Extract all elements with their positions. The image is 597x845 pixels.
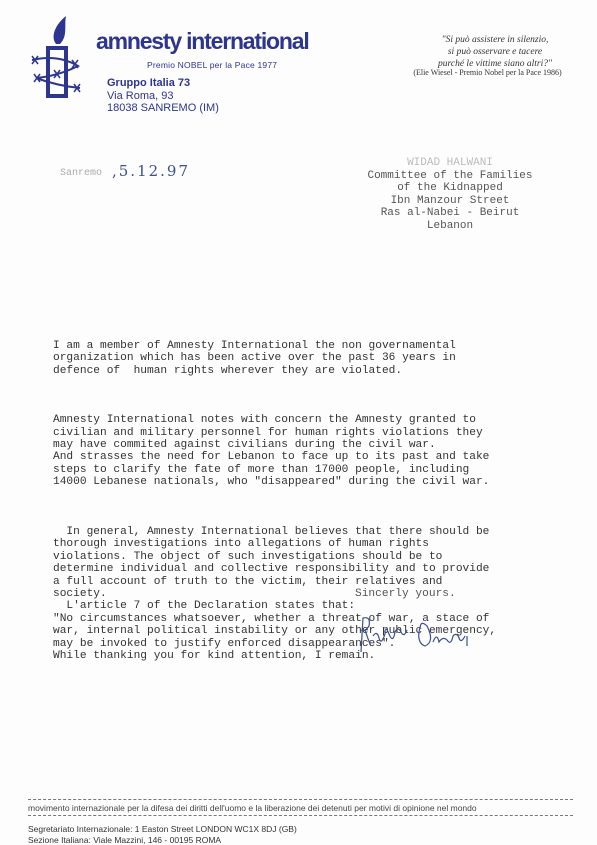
recipient-line: Lebanon: [340, 220, 560, 233]
sender-address-line: 18038 SANREMO (IM): [107, 102, 219, 115]
footer-address: Segretariato Internazionale: 1 Easton St…: [28, 824, 297, 845]
sender-address: Gruppo Italia 73 Via Roma, 93 18038 SANR…: [107, 77, 219, 115]
date-place: Sanremo: [60, 168, 102, 179]
nobel-tagline: Premio NOBEL per la Pace 1977: [147, 60, 277, 70]
quote-line: si può osservare e tacere: [400, 46, 590, 58]
recipient-address: WIDAD HALWANI Committee of the Families …: [340, 157, 560, 232]
footer-motto: movimento internazionale per la difesa d…: [28, 803, 477, 813]
footer-address-line: Sezione Italiana: Viale Mazzini, 146 - 0…: [28, 835, 297, 845]
recipient-line: Ras al-Nabei - Beirut: [340, 207, 560, 220]
sender-address-line: Gruppo Italia 73: [107, 77, 219, 90]
recipient-line: Ibn Manzour Street: [340, 195, 560, 208]
recipient-line: of the Kidnapped: [340, 182, 560, 195]
body-paragraph: In general, Amnesty International believ…: [53, 526, 573, 662]
brand-name: amnesty international: [96, 28, 309, 55]
footer-divider: [28, 799, 573, 800]
sender-address-line: Via Roma, 93: [107, 90, 219, 103]
body-paragraph: Amnesty International notes with concern…: [53, 414, 573, 488]
date-handwritten: ,5.12.97: [112, 162, 190, 180]
body-paragraph: I am a member of Amnesty International t…: [53, 340, 573, 377]
quote: "Si può assistere in silenzio, si può os…: [400, 34, 590, 70]
closing: Sincerly yours.: [355, 588, 456, 600]
signature: [355, 612, 475, 667]
quote-attribution: (Elie Wiesel - Premio Nobel per la Pace …: [380, 68, 595, 77]
recipient-line: WIDAD HALWANI: [340, 157, 560, 170]
footer-divider: [28, 815, 573, 816]
letter-body: I am a member of Amnesty International t…: [53, 315, 573, 687]
recipient-line: Committee of the Families: [340, 170, 560, 183]
footer-address-line: Segretariato Internazionale: 1 Easton St…: [28, 824, 297, 835]
quote-line: "Si può assistere in silenzio,: [400, 34, 590, 46]
candle-logo-icon: [28, 14, 88, 102]
